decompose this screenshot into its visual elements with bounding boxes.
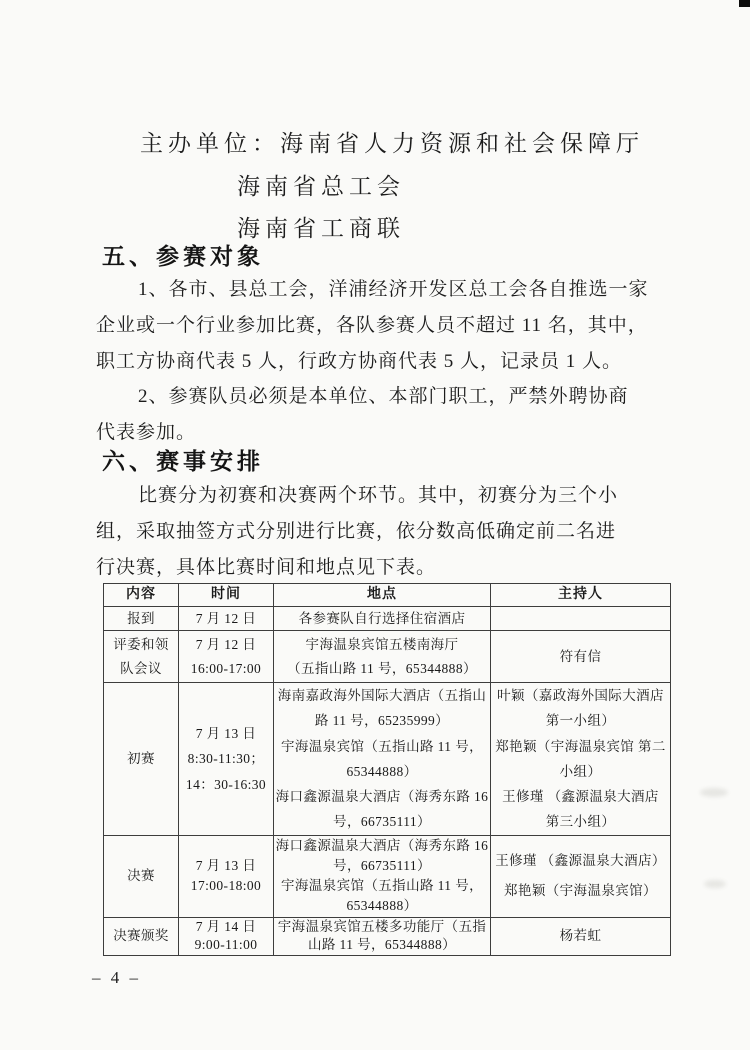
organizer-line: 主办单位：海南省人力资源和社会保障厅: [140, 130, 644, 158]
cell-location: 宇海温泉宾馆五楼多功能厅（五指 山路 11 号，65344888）: [274, 917, 491, 955]
cell-content: 评委和领 队会议: [104, 631, 179, 683]
cell-location: 海口鑫源温泉大酒店（海秀东路 16 号，66735111） 宇海温泉宾馆（五指山…: [274, 835, 491, 917]
cell-location: 各参赛队自行选择住宿酒店: [274, 607, 491, 631]
cell-host: 王修瑾 （鑫源温泉大酒店） 郑艳颖（宇海温泉宾馆）: [491, 835, 671, 917]
schedule-table: 内容 时间 地点 主持人 报到 7 月 12 日 各参赛队自行选择住宿酒店 评委…: [103, 583, 671, 956]
section-6-title: 六、赛事安排: [102, 448, 264, 475]
scan-corner-artifact: [739, 0, 750, 7]
table-row: 决赛 7 月 13 日 17:00-18:00 海口鑫源温泉大酒店（海秀东路 1…: [104, 835, 671, 917]
scan-smudge: [700, 788, 728, 797]
cell-time: 7 月 12 日: [179, 607, 274, 631]
cell-content: 决赛: [104, 835, 179, 917]
cell-time: 7 月 13 日 17:00-18:00: [179, 835, 274, 917]
document-page: 主办单位：海南省人力资源和社会保障厅 海南省总工会 海南省工商联 五、参赛对象 …: [0, 0, 750, 1050]
cell-host: 叶颖（嘉政海外国际大酒店 第一小组） 郑艳颖（宇海温泉宾馆 第二 小组） 王修瑾…: [491, 683, 671, 836]
organizer-line-2: 海南省总工会: [237, 173, 405, 201]
table-row: 报到 7 月 12 日 各参赛队自行选择住宿酒店: [104, 607, 671, 631]
table-row: 决赛颁奖 7 月 14 日 9:00-11:00 宇海温泉宾馆五楼多功能厅（五指…: [104, 917, 671, 955]
cell-content: 初赛: [104, 683, 179, 836]
section-6-intro: 比赛分为初赛和决赛两个环节。其中，初赛分为三个小 组，采取抽签方式分别进行比赛，…: [96, 478, 700, 585]
cell-location: 宇海温泉宾馆五楼南海厅 （五指山路 11 号，65344888）: [274, 631, 491, 683]
header-host: 主持人: [491, 584, 671, 607]
cell-host: [491, 607, 671, 631]
cell-host: 符有信: [491, 631, 671, 683]
table-row: 评委和领 队会议 7 月 12 日 16:00-17:00 宇海温泉宾馆五楼南海…: [104, 631, 671, 683]
scan-smudge: [704, 880, 726, 888]
section-5-title: 五、参赛对象: [102, 243, 264, 270]
cell-host: 杨若虹: [491, 917, 671, 955]
header-location: 地点: [274, 584, 491, 607]
page-number: – 4 –: [92, 968, 141, 988]
header-content: 内容: [104, 584, 179, 607]
cell-time: 7 月 14 日 9:00-11:00: [179, 917, 274, 955]
organizer-line-3: 海南省工商联: [237, 215, 405, 243]
cell-content: 决赛颁奖: [104, 917, 179, 955]
section-5-paragraph-1: 1、各市、县总工会，洋浦经济开发区总工会各自推选一家 企业或一个行业参加比赛，各…: [96, 272, 700, 379]
section-5-paragraph-2: 2、参赛队员必须是本单位、本部门职工，严禁外聘协商 代表参加。: [96, 379, 700, 451]
table-header-row: 内容 时间 地点 主持人: [104, 584, 671, 607]
header-time: 时间: [179, 584, 274, 607]
table-row: 初赛 7 月 13 日 8:30-11:30； 14：30-16:30 海南嘉政…: [104, 683, 671, 836]
cell-time: 7 月 12 日 16:00-17:00: [179, 631, 274, 683]
cell-location: 海南嘉政海外国际大酒店（五指山 路 11 号，65235999） 宇海温泉宾馆（…: [274, 683, 491, 836]
cell-content: 报到: [104, 607, 179, 631]
cell-time: 7 月 13 日 8:30-11:30； 14：30-16:30: [179, 683, 274, 836]
